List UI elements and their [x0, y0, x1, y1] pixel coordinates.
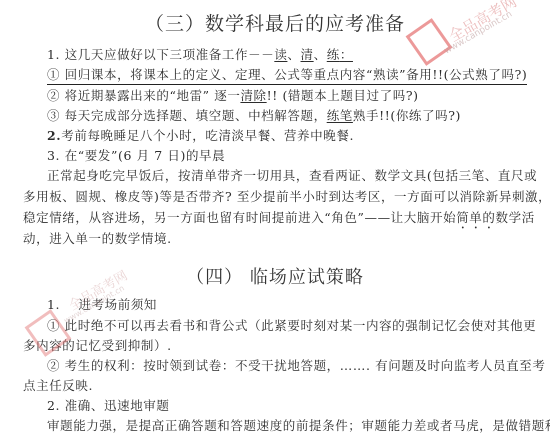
- paragraph-line-3-tail: 数学活: [496, 210, 535, 225]
- item-2-number: 2.: [47, 128, 61, 143]
- sub-item-2-suffix: !! (错题本上题目过了吗?): [267, 88, 419, 103]
- paragraph-line-1: 正常起身吃完早饭后，按清单带齐一切用具，查看两证、数学文具(包括三笔、直尺或: [47, 166, 537, 184]
- keyword-practice: 练: [327, 47, 340, 62]
- s4-sub-1-line-1: ① 此时绝不可以再去看书和背公式（此紧要时刻对某一内容的强制记忆会使对其他更: [47, 316, 536, 334]
- paragraph-line-2: 多用板、圆规、橡皮等)等是否带齐? 至少提前半小时到达考区，一方面可以消除新异刺…: [23, 187, 550, 205]
- s4-item-2: 2. 准确、迅速地审题: [47, 396, 170, 414]
- s4-sub-2-line-2: 点主任反映.: [23, 376, 93, 394]
- separator: 、: [287, 47, 300, 62]
- s4-item-1: 1. 进考场前须知: [47, 295, 157, 313]
- paragraph-line-3-text: 稳定情绪，从容进场，另一方面也留有时间提前进入“角色”——让大脑开始: [23, 210, 456, 225]
- section-3-title: （三）数学科最后的应考准备: [0, 9, 550, 36]
- sub-item-2: ② 将近期暴露出来的“地雷” 逐一清除!! (错题本上题目过了吗?): [47, 86, 419, 104]
- s4-sub-2-line-1: ② 考生的权利：按时领到试卷：不受干扰地答题，……. 有问题及时向监考人员直至考: [47, 356, 545, 374]
- paragraph-line-4: 动，进入单一的数学情境.: [23, 229, 172, 247]
- sub-item-3-suffix: 熟手!!(你练了吗?): [353, 108, 461, 123]
- emphasized-text: 简单的: [456, 210, 495, 225]
- item-1-heading: 1. 这几天应做好以下三项准备工作－－读、清、练：: [47, 45, 353, 63]
- item-3: 3. 在“要发”(6 月 7 日)的早晨: [47, 146, 225, 164]
- section-4-title: （四） 临场应试策略: [0, 263, 550, 289]
- s4-item-2-text: 审题能力强，是提高正确答题和答题速度的前提条件；审题能力差或者马虎，是做错题和: [47, 416, 550, 434]
- item-1-prefix: 1. 这几天应做好以下三项准备工作－－: [47, 47, 274, 62]
- keyword-read: 读: [274, 47, 287, 62]
- item-1-suffix: ：: [340, 47, 353, 62]
- keyword-clear: 清: [301, 47, 314, 62]
- sub-item-2-prefix: ② 将近期暴露出来的“地雷” 逐一: [47, 88, 240, 103]
- sub-item-2-keyword: 清除: [240, 88, 266, 103]
- sub-item-3: ③ 每天完成部分选择题、填空题、中档解答题，练笔熟手!!(你练了吗?): [47, 106, 461, 124]
- sub-item-3-keyword: 练笔: [327, 108, 353, 123]
- separator: 、: [314, 47, 327, 62]
- s4-sub-1-line-2: 多内容的记忆受到抑制）.: [23, 336, 172, 354]
- item-2-text: 考前每晚睡足八个小时，吃清淡早餐、营养中晚餐.: [61, 128, 354, 143]
- item-2: 2.考前每晚睡足八个小时，吃清淡早餐、营养中晚餐.: [47, 126, 354, 144]
- sub-item-3-prefix: ③ 每天完成部分选择题、填空题、中档解答题，: [47, 108, 327, 123]
- sub-item-1: ① 回归课本，将课本上的定义、定理、公式等重点内容“熟读”备用!!(公式熟了吗?…: [47, 65, 527, 85]
